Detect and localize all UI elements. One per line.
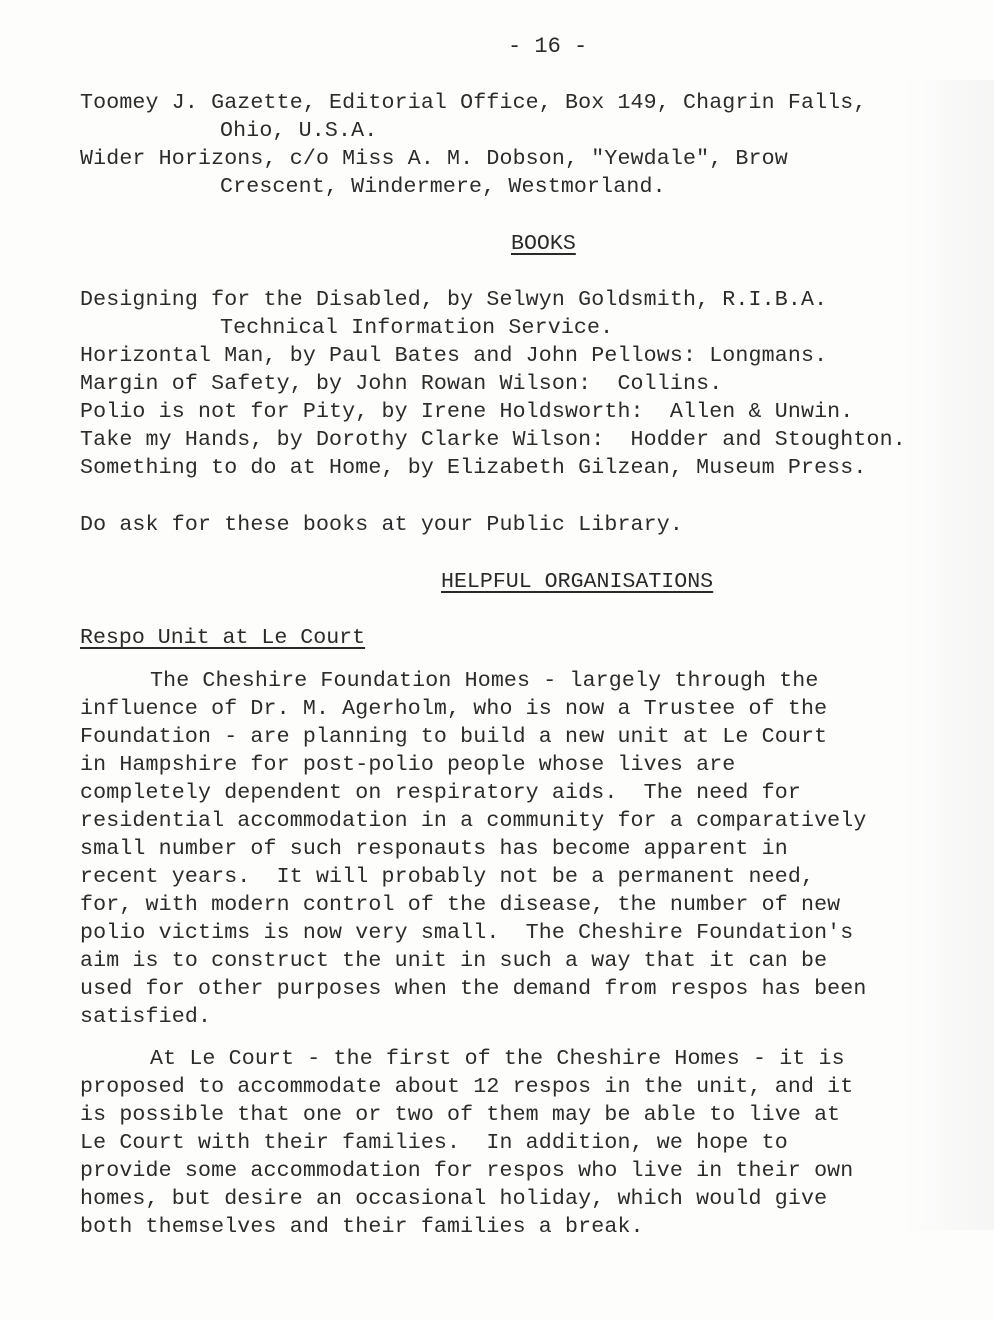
books-heading: BOOKS <box>511 230 576 258</box>
address-line: Wider Horizons, c/o Miss A. M. Dobson, "… <box>80 145 788 173</box>
paragraph-line: satisfied. <box>80 1003 211 1031</box>
paragraph-line: small number of such responauts has beco… <box>80 835 788 863</box>
paragraph-line: for, with modern control of the disease,… <box>80 891 840 919</box>
paragraph-line: aim is to construct the unit in such a w… <box>80 947 827 975</box>
paragraph-line: both themselves and their families a bre… <box>80 1213 644 1241</box>
address-line: Ohio, U.S.A. <box>220 117 377 145</box>
paragraph-line: The Cheshire Foundation Homes - largely … <box>150 667 819 695</box>
library-note: Do ask for these books at your Public Li… <box>80 511 683 539</box>
book-entry: Polio is not for Pity, by Irene Holdswor… <box>80 398 853 426</box>
document-page: - 16 - Toomey J. Gazette, Editorial Offi… <box>0 0 994 1320</box>
paragraph-line: in Hampshire for post-polio people whose… <box>80 751 735 779</box>
paragraph-line: Foundation - are planning to build a new… <box>80 723 827 751</box>
paragraph-line: used for other purposes when the demand … <box>80 975 867 1003</box>
paragraph-line: polio victims is now very small. The Che… <box>80 919 853 947</box>
bleed-through-shadow <box>904 80 994 1230</box>
organisations-heading: HELPFUL ORGANISATIONS <box>441 568 713 596</box>
paragraph-line: residential accommodation in a community… <box>80 807 867 835</box>
paragraph-line: At Le Court - the first of the Cheshire … <box>150 1045 845 1073</box>
paragraph-line: completely dependent on respiratory aids… <box>80 779 801 807</box>
book-entry: Margin of Safety, by John Rowan Wilson: … <box>80 370 722 398</box>
book-entry: Horizontal Man, by Paul Bates and John P… <box>80 342 827 370</box>
paragraph-line: provide some accommodation for respos wh… <box>80 1157 853 1185</box>
address-line: Crescent, Windermere, Westmorland. <box>220 173 666 201</box>
page-number: - 16 - <box>508 33 587 61</box>
book-entry: Designing for the Disabled, by Selwyn Go… <box>80 286 827 314</box>
paragraph-line: recent years. It will probably not be a … <box>80 863 814 891</box>
paragraph-line: homes, but desire an occasional holiday,… <box>80 1185 827 1213</box>
respo-unit-subheading: Respo Unit at Le Court <box>80 624 365 652</box>
book-entry: Something to do at Home, by Elizabeth Gi… <box>80 454 867 482</box>
paragraph-line: Le Court with their families. In additio… <box>80 1129 788 1157</box>
paragraph-line: is possible that one or two of them may … <box>80 1101 840 1129</box>
paragraph-line: influence of Dr. M. Agerholm, who is now… <box>80 695 827 723</box>
address-line: Toomey J. Gazette, Editorial Office, Box… <box>80 89 867 117</box>
paragraph-line: proposed to accommodate about 12 respos … <box>80 1073 853 1101</box>
book-entry: Take my Hands, by Dorothy Clarke Wilson:… <box>80 426 906 454</box>
book-entry: Technical Information Service. <box>220 314 613 342</box>
